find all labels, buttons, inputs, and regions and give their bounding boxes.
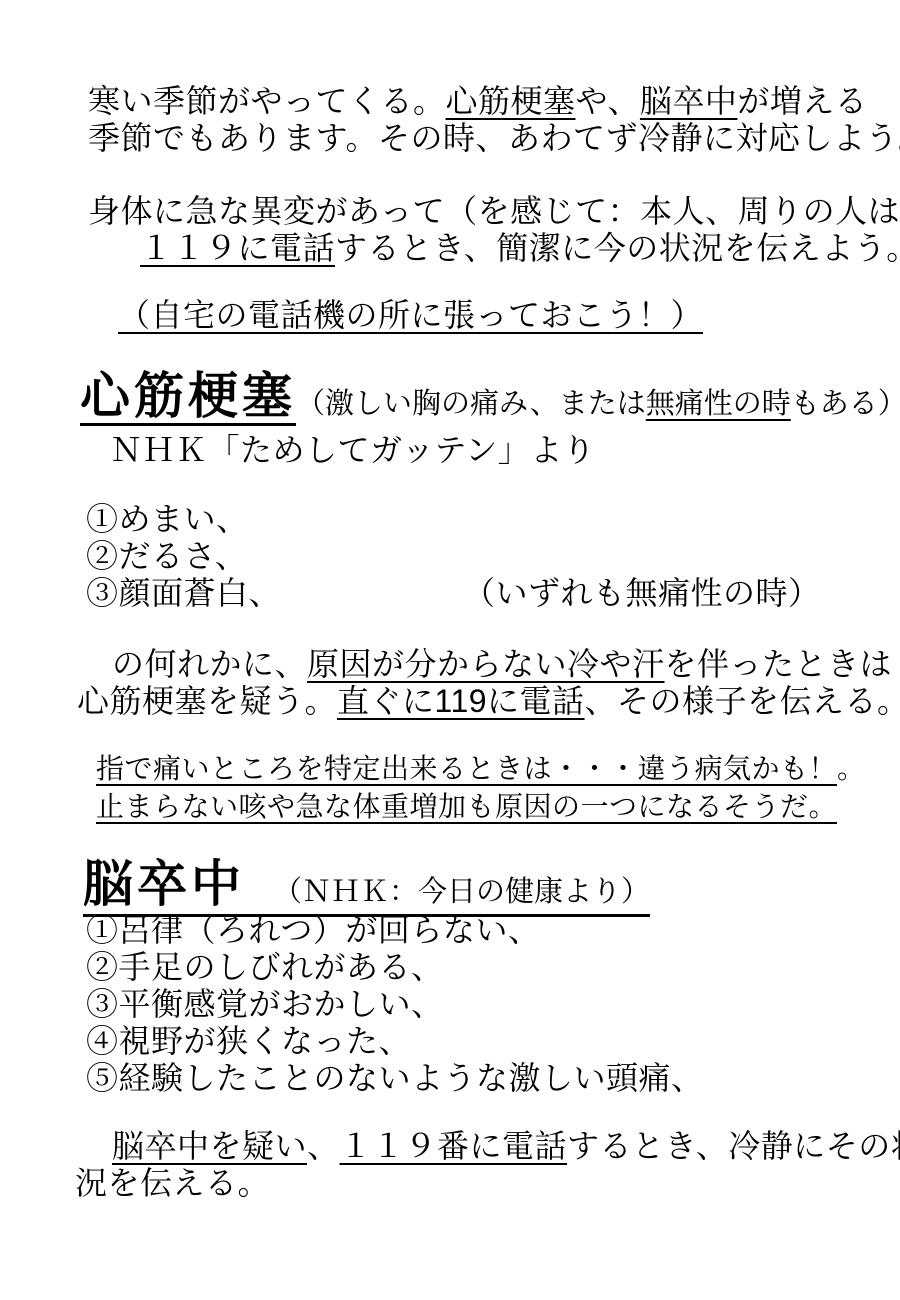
text-segment: や、 [576,83,640,119]
mi-source-line: ＮＨＫ「ためしてガッテン」より [110,432,595,469]
text-segment: 脳卒中を疑い [112,1128,307,1164]
text-segment: 季節でもあります。その時、あわてず冷静に対応しよう。 [88,120,900,156]
intro-line-1: 寒い季節がやってくる。心筋梗塞や、脳卒中が増える [88,83,900,120]
text-segment: 寒い季節がやってくる。 [88,83,446,119]
text-segment: 。 [837,753,866,784]
posting-note-line: （自宅の電話機の所に張っておこう！） [118,297,703,334]
text-segment: 心筋梗塞を疑う。 [77,683,337,719]
text-segment: 止まらない咳や急な体重増加も原因の一つになるそうだ。 [96,791,837,822]
list-item: ③顔面蒼白、 [86,575,281,612]
text-segment: もある） [791,388,900,420]
stroke-heading-title: 脳卒中 [83,858,245,910]
mi-tip-line-2: 止まらない咳や急な体重増加も原因の一つになるそうだ。 [96,788,866,826]
intro-paragraph: 寒い季節がやってくる。心筋梗塞や、脳卒中が増える 季節でもあります。その時、あわ… [88,83,900,157]
text-segment: （自宅の電話機の所に張っておこう！） [118,297,703,333]
mi-symptom-list: ①めまい、 ②だるさ、 ③顔面蒼白、 [86,501,281,612]
mi-advice-paragraph: の何れかに、原因が分からない冷や汗を伴ったときは 心筋梗塞を疑う。直ぐに119に… [77,646,900,720]
list-item: ④視野が狭くなった、 [86,1023,704,1060]
text-segment: するとき、冷静にその状 [567,1128,900,1164]
stroke-symptom-list: ①呂律（ろれつ）が回らない、 ②手足のしびれがある、 ③平衡感覚がおかしい、 ④… [86,912,704,1097]
list-item: ①呂律（ろれつ）が回らない、 [86,912,704,949]
stroke-advice-line-2: 況を伝える。 [75,1165,900,1202]
text-segment: 況を伝える。 [75,1165,270,1201]
stroke-advice-paragraph: 脳卒中を疑い、１１９番に電話するとき、冷静にその状 況を伝える。 [75,1128,900,1202]
mi-symptom-note: （いずれも無痛性の時） [463,575,821,612]
mi-section-heading: 心筋梗塞（激しい胸の痛み、または無痛性の時もある） [80,370,900,426]
stroke-section-heading: 脳卒中（ＮＨＫ：今日の健康より） [83,858,650,917]
emergency-call-paragraph: 身体に急な異変があって（を感じて：本人、周りの人は） １１９に電話するとき、簡潔… [88,193,900,267]
text-segment: １１９に電話 [140,230,335,266]
text-segment: が増える [737,83,867,119]
mi-tip-line-1: 指で痛いところを特定出来るときは・・・違う病気かも！。 [96,750,866,788]
text-segment: １１９番に電話 [340,1128,568,1164]
text-segment: 、その様子を伝える。 [585,683,900,719]
text-segment: （激しい胸の痛み、または [296,388,646,420]
list-item: ⑤経験したことのないような激しい頭痛、 [86,1060,704,1097]
list-item: ①めまい、 [86,501,281,538]
list-item: ②手足のしびれがある、 [86,949,704,986]
text-segment: 原因が分からない冷や汗 [307,646,665,682]
mi-heading-title: 心筋梗塞 [80,370,296,426]
text-segment: するとき、簡潔に今の状況を伝えよう。 [335,230,900,266]
text-segment: 心筋梗塞 [446,83,576,119]
list-item: ②だるさ、 [86,538,281,575]
mi-heading-note: （激しい胸の痛み、または無痛性の時もある） [296,388,900,420]
text-segment: 無痛性の時 [646,388,791,420]
text-segment: 指で痛いところを特定出来るときは・・・違う病気かも！ [96,753,837,784]
mi-advice-line-1: の何れかに、原因が分からない冷や汗を伴ったときは [112,646,900,683]
text-segment: 脳卒中 [640,83,738,119]
text-segment: 直ぐに119に電話 [337,683,585,719]
text-segment: 、 [307,1128,340,1164]
emergency-call-line-1: 身体に急な異変があって（を感じて：本人、周りの人は） [88,193,900,230]
list-item: ③平衡感覚がおかしい、 [86,986,704,1023]
mi-advice-line-2: 心筋梗塞を疑う。直ぐに119に電話、その様子を伝える。 [77,683,900,720]
mi-tips: 指で痛いところを特定出来るときは・・・違う病気かも！。 止まらない咳や急な体重増… [96,750,866,826]
emergency-call-line-2: １１９に電話するとき、簡潔に今の状況を伝えよう。 [140,230,900,267]
text-segment: を伴ったときは [665,646,893,682]
stroke-advice-line-1: 脳卒中を疑い、１１９番に電話するとき、冷静にその状 [112,1128,900,1165]
document-page: 寒い季節がやってくる。心筋梗塞や、脳卒中が増える 季節でもあります。その時、あわ… [0,0,900,1300]
posting-note: （自宅の電話機の所に張っておこう！） [118,297,703,334]
intro-line-2: 季節でもあります。その時、あわてず冷静に対応しよう。 [88,120,900,157]
mi-source-text: ＮＨＫ「ためしてガッテン」より [110,432,595,469]
text-segment: の何れかに、 [112,646,307,682]
mi-symptom-note-text: （いずれも無痛性の時） [463,575,821,612]
text-segment: 身体に急な異変があって（を感じて：本人、周りの人は） [88,193,900,229]
stroke-heading-note: （ＮＨＫ：今日の健康より） [273,876,650,908]
